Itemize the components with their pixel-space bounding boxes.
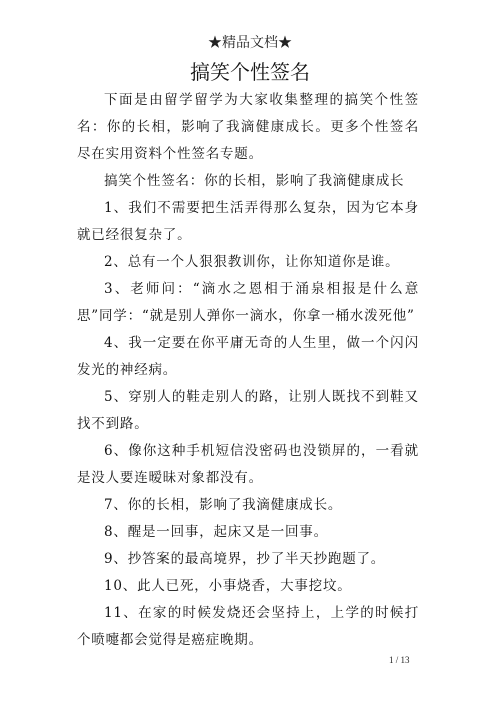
list-item: 5、穿别人的鞋走别人的路，让别人既找不到鞋又找不到路。 — [77, 384, 419, 438]
list-item: 2、总有一个人狠狠教训你，让你知道你是谁。 — [77, 249, 419, 276]
list-item: 4、我一定要在你平庸无奇的人生里，做一个闪闪发光的神经病。 — [77, 330, 419, 384]
list-item: 1、我们不需要把生活弄得那么复杂，因为它本身就已经很复杂了。 — [77, 195, 419, 249]
list-item: 11、在家的时候发烧还会坚持上，上学的时候打个喷嚏都会觉得是癌症晚期。 — [77, 600, 419, 654]
document-title: 搞笑个性签名 — [0, 59, 500, 85]
intro-paragraph: 下面是由留学留学为大家收集整理的搞笑个性签名：你的长相，影响了我滴健康成长。更多… — [77, 87, 419, 168]
list-item: 9、抄答案的最高境界，抄了半天抄跑题了。 — [77, 546, 419, 573]
list-item: 10、此人已死，小事烧香，大事挖坟。 — [77, 573, 419, 600]
document-header-label: ★精品文档★ — [0, 34, 500, 52]
page-number: 1 / 13 — [389, 655, 410, 665]
list-item: 3、老师问：“滴水之恩相于涌泉相报是什么意思”同学：“就是别人弹你一滴水，你拿一… — [77, 276, 419, 330]
list-item: 6、像你这种手机短信没密码也没锁屏的，一看就是没人要连暧昧对象都没有。 — [77, 438, 419, 492]
list-item: 7、你的长相，影响了我滴健康成长。 — [77, 492, 419, 519]
list-item: 8、醒是一回事，起床又是一回事。 — [77, 519, 419, 546]
section-heading: 搞笑个性签名：你的长相，影响了我滴健康成长 — [77, 168, 419, 195]
document-body: 下面是由留学留学为大家收集整理的搞笑个性签名：你的长相，影响了我滴健康成长。更多… — [77, 87, 419, 654]
